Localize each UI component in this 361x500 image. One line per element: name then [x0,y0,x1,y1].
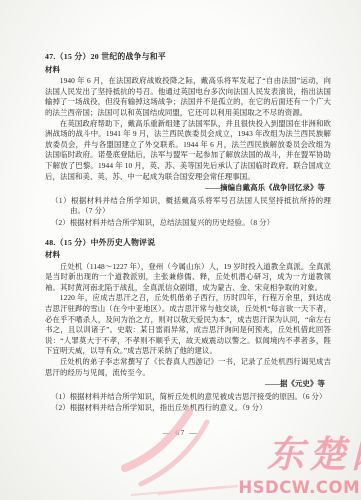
question-48-subquestion-1: （1）根据材料并结合所学知识，简析丘处机的意见被成吉思汗接受的原因。（6 分） [51,392,331,403]
question-47-paragraph-1: 1940 年 6 月，在法国政府战败投降之际，戴高乐将军发起了“自由法国”运动，… [45,76,331,118]
question-47-subquestion-2: （2）根据材料并结合所学知识，总结法国复兴的历史经验。（8 分） [51,218,331,229]
watermark-underline-stroke [131,486,226,496]
watermark-site-url: HSDCW.COM [238,478,360,497]
exam-paper-page: 47.（15 分）20 世纪的战争与和平 材料 1940 年 6 月，在法国政府… [0,0,361,500]
page-number: — 67 — [0,428,361,437]
section-divider-space [45,229,331,238]
question-47-heading: 47.（15 分）20 世纪的战争与和平 [45,52,331,63]
question-48-paragraph-3: 丘处机的弟子李志常撰写了《长春真人西游记》一书，记录了丘处机西行谒见成吉思汗的经… [45,357,331,378]
question-48-section: 48.（15 分）中外历史人物评说 材料 丘处机（1148～1227 年），登州… [45,238,331,415]
question-48-heading: 48.（15 分）中外历史人物评说 [45,238,331,249]
watermark: 东楚网 HSDCW.COM [131,408,361,500]
question-48-material-label: 材料 [45,250,331,261]
page-content: 47.（15 分）20 世纪的战争与和平 材料 1940 年 6 月，在法国政府… [45,52,331,414]
question-48-paragraph-2: 1220 年，应成吉思汗之召，丘处机偕弟子西行，历时四年，行程万余里，到达成吉思… [45,293,331,357]
question-47-paragraph-2: 在英国政府帮助下，戴高乐重新组建了法国军队，并且很快投入到盟国在非洲和欧洲战场的… [45,119,331,183]
question-48-source-attribution: ——据《元史》等 [45,379,331,390]
watermark-swoosh-icon [119,406,239,498]
question-47-section: 47.（15 分）20 世纪的战争与和平 材料 1940 年 6 月，在法国政府… [45,52,331,229]
question-48-subquestion-2: （2）根据材料并结合所学知识，指出丘处机西行的意义。（9 分） [51,403,331,414]
question-48-paragraph-1: 丘处机（1148～1227 年），登州（今属山东）人，19 岁时投入道教全真派。… [45,262,331,294]
question-47-subquestion-1: （1）根据材料并结合所学知识，概括戴高乐将军号召法国人民坚持抵抗所持的理由。（7… [51,196,331,217]
question-47-source-attribution: ——摘编自戴高乐《战争回忆录》等 [45,183,331,194]
question-47-material-label: 材料 [45,65,331,76]
